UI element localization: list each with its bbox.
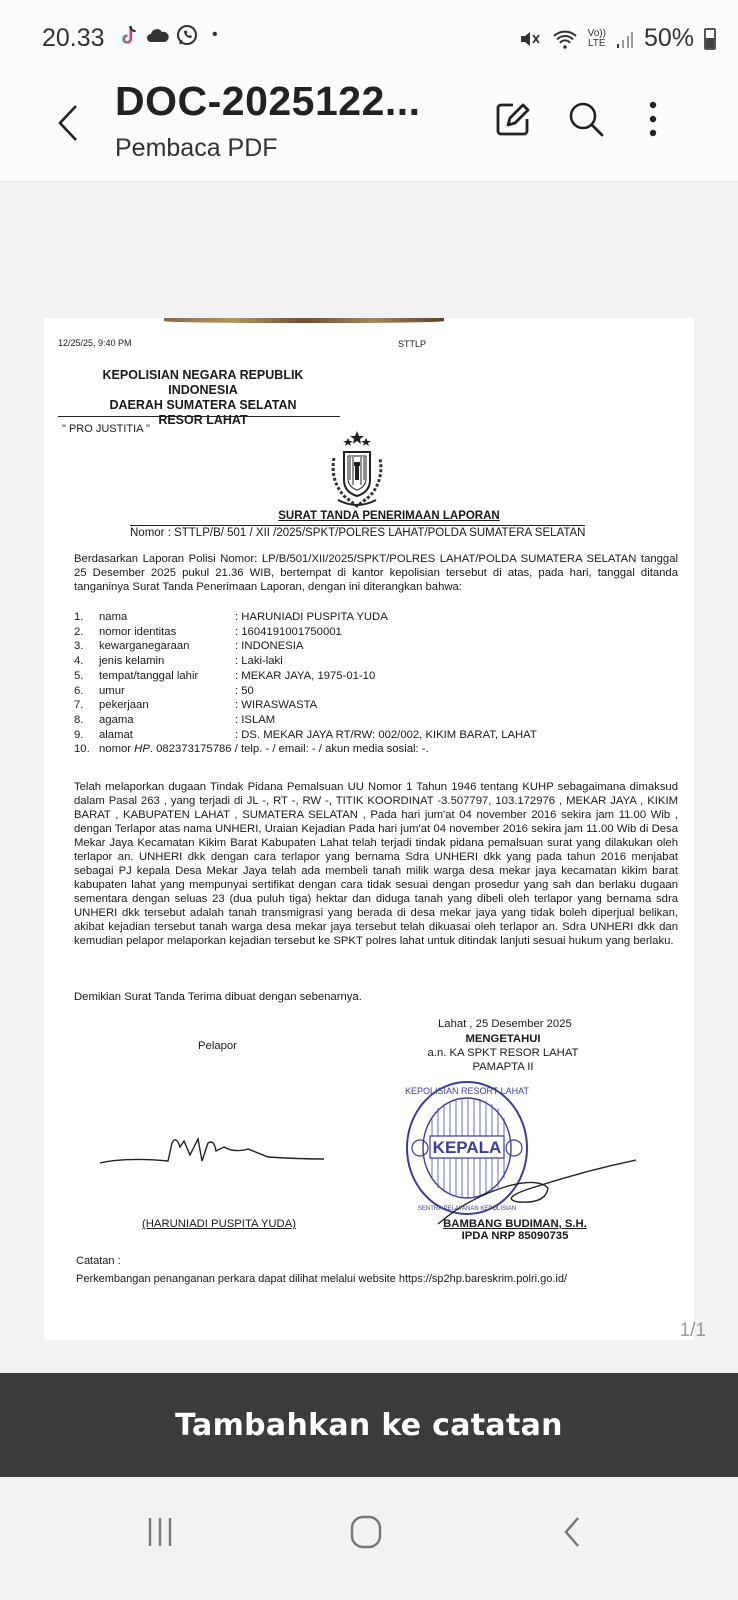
svg-text:KEPOLISIAN RESORT LAHAT: KEPOLISIAN RESORT LAHAT xyxy=(405,1086,530,1096)
position-label: PAMAPTA II xyxy=(403,1060,603,1074)
back-icon xyxy=(560,1515,584,1549)
status-bar: 20.33 • Vo)) LTE 50% xyxy=(0,0,738,78)
institution-line: DAERAH SUMATERA SELATAN xyxy=(68,398,338,413)
identity-row: 9.alamat: DS. MEKAR JAYA RT/RW: 002/002,… xyxy=(74,728,537,743)
identity-row: 4.jenis kelamin: Laki-laki xyxy=(74,654,537,669)
note-text: Perkembangan penanganan perkara dapat di… xyxy=(76,1270,567,1288)
home-button[interactable] xyxy=(336,1507,396,1557)
officer-signature-icon xyxy=(428,1148,638,1228)
acknowledge-label: MENGETAHUI xyxy=(403,1032,603,1046)
identity-row: 3.kewarganegaraan: INDONESIA xyxy=(74,639,537,654)
document-number: Nomor : STTLP/B/ 501 / XII /2025/SPKT/PO… xyxy=(130,525,585,539)
print-timestamp: 12/25/25, 9:40 PM xyxy=(58,338,132,348)
edit-icon xyxy=(493,99,533,139)
officer-block: BAMBANG BUDIMAN, S.H. IPDA NRP 85090735 xyxy=(435,1218,595,1242)
battery-percent: 50% xyxy=(644,24,694,53)
app-bar: DOC-2025122... Pembaca PDF xyxy=(0,78,738,182)
navigation-bar xyxy=(0,1477,738,1600)
page-indicator: 1/1 xyxy=(680,1320,706,1342)
cloud-icon xyxy=(146,27,170,43)
tiktok-icon xyxy=(120,24,140,46)
contact-row: 10.nomor HP. 082373175786 / telp. - / em… xyxy=(74,743,429,755)
add-to-note-button[interactable]: Tambahkan ke catatan xyxy=(0,1373,738,1477)
print-code: STTLP xyxy=(398,339,426,349)
home-icon xyxy=(349,1515,383,1549)
reporter-signature-icon xyxy=(98,1133,328,1173)
volte-icon: Vo)) LTE xyxy=(588,29,606,49)
dot-icon: • xyxy=(212,26,218,44)
search-button[interactable] xyxy=(563,96,609,142)
whatsapp-icon xyxy=(176,24,198,46)
system-icons: Vo)) LTE 50% xyxy=(518,24,716,53)
more-options-button[interactable] xyxy=(630,96,676,142)
intro-paragraph: Berdasarkan Laporan Polisi Nomor: LP/B/5… xyxy=(74,552,678,594)
acknowledgement-block: MENGETAHUI a.n. KA SPKT RESOR LAHAT PAMA… xyxy=(403,1032,603,1074)
search-icon xyxy=(566,99,606,139)
signal-icon xyxy=(616,29,634,49)
note-section: Catatan : Perkembangan penanganan perkar… xyxy=(76,1252,567,1288)
document-title: DOC-2025122... xyxy=(115,78,421,125)
pdf-page[interactable]: 12/25/25, 9:40 PM STTLP KEPOLISIAN NEGAR… xyxy=(44,318,694,1340)
battery-icon xyxy=(704,28,716,50)
notification-icons: • xyxy=(120,24,218,46)
more-icon xyxy=(643,99,663,139)
nav-back-button[interactable] xyxy=(542,1507,602,1557)
identity-row: 2.nomor identitas: 1604191001750001 xyxy=(74,625,537,640)
reporter-label: Pelapor xyxy=(198,1040,237,1052)
recent-apps-icon xyxy=(145,1516,175,1548)
scan-edge xyxy=(164,318,444,323)
police-emblem-icon xyxy=(326,430,388,510)
place-date: Lahat , 25 Desember 2025 xyxy=(438,1018,572,1030)
identity-row: 5.tempat/tanggal lahir: MEKAR JAYA, 1975… xyxy=(74,669,537,684)
identity-row: 1.nama: HARUNIADI PUSPITA YUDA xyxy=(74,610,537,625)
identity-row: 7.pekerjaan: WIRASWASTA xyxy=(74,698,537,713)
pdf-viewer[interactable]: 12/25/25, 9:40 PM STTLP KEPOLISIAN NEGAR… xyxy=(0,183,738,1373)
identity-list: 1.nama: HARUNIADI PUSPITA YUDA 2.nomor i… xyxy=(74,610,537,742)
add-to-note-label: Tambahkan ke catatan xyxy=(175,1408,563,1443)
header-divider xyxy=(58,416,340,417)
pro-justitia: " PRO JUSTITIA " xyxy=(62,423,150,435)
identity-row: 8.agama: ISLAM xyxy=(74,713,537,728)
officer-rank: IPDA NRP 85090735 xyxy=(435,1230,595,1242)
mute-icon xyxy=(518,28,542,50)
identity-row: 6.umur: 50 xyxy=(74,684,537,699)
officer-name: BAMBANG BUDIMAN, S.H. xyxy=(435,1218,595,1230)
on-behalf-label: a.n. KA SPKT RESOR LAHAT xyxy=(403,1046,603,1060)
app-subtitle: Pembaca PDF xyxy=(115,134,278,163)
status-time: 20.33 xyxy=(42,24,105,53)
recent-apps-button[interactable] xyxy=(130,1507,190,1557)
chevron-left-icon xyxy=(50,98,86,148)
note-label: Catatan : xyxy=(76,1252,567,1270)
edit-button[interactable] xyxy=(490,96,536,142)
institution-header: KEPOLISIAN NEGARA REPUBLIK INDONESIA DAE… xyxy=(68,368,338,428)
wifi-icon xyxy=(552,28,578,50)
back-button[interactable] xyxy=(50,98,86,148)
report-paragraph: Telah melaporkan dugaan Tindak Pidana Pe… xyxy=(74,780,678,948)
reporter-name: (HARUNIADI PUSPITA YUDA) xyxy=(142,1218,296,1230)
institution-line: KEPOLISIAN NEGARA REPUBLIK INDONESIA xyxy=(68,368,338,398)
document-heading: SURAT TANDA PENERIMAAN LAPORAN xyxy=(58,510,684,522)
closing-statement: Demikian Surat Tanda Terima dibuat denga… xyxy=(74,990,678,1004)
